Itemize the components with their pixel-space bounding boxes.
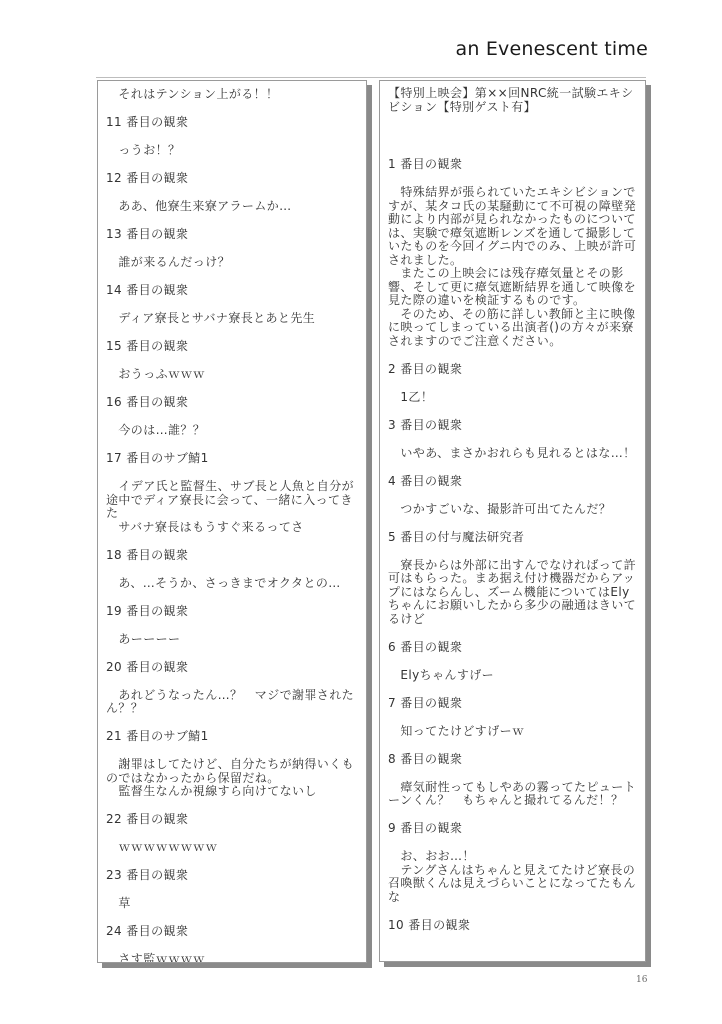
post-body: 今のは…誰？？ [106, 424, 360, 438]
thread-panel-left: それはテンション上がる！！11 番目の観衆 っうお！？12 番目の観衆 ああ、他… [97, 80, 367, 963]
post-body: おうっふｗｗｗ [106, 368, 360, 382]
post-body: つかすごいな、撮影許可出てたんだ？ [388, 503, 639, 517]
post-body: 特殊結界が張られていたエキシビションですが、某タコ氏の某騒動にて不可視の障壁発動… [388, 186, 639, 348]
post-body: さす監ｗｗｗｗ [106, 953, 360, 963]
thread-panel-right: 【特別上映会】第××回NRC統一試験エキシビション【特別ゲスト有】 1 番目の観… [379, 80, 646, 962]
post-body: ディア寮長とサバナ寮長とあと先生 [106, 312, 360, 326]
post-header: 12 番目の観衆 [106, 172, 360, 186]
left-entries-list: それはテンション上がる！！11 番目の観衆 っうお！？12 番目の観衆 ああ、他… [106, 88, 360, 963]
post-body: あ、…そうか、さっきまでオクタとの… [106, 577, 360, 591]
post-header: 4 番目の観衆 [388, 475, 639, 489]
post-body: 寮長からは外部に出すんでなければって許可はもらった。まあ据え付け機器だからアップ… [388, 559, 639, 627]
post-body: それはテンション上がる！！ [106, 88, 360, 102]
post-body: お、おお…！ テングさんはちゃんと見えてたけど寮長の召喚獣くんは見えづらいことに… [388, 850, 639, 904]
post-body: あれどうなったん…？ マジで謝罪されたん？？ [106, 689, 360, 716]
post-header: 21 番目のサブ鯖1 [106, 730, 360, 744]
post-body: 誰が来るんだっけ？ [106, 256, 360, 270]
post-header: 8 番目の観衆 [388, 753, 639, 767]
post-body: いやあ、まさかおれらも見れるとはな…！ [388, 447, 639, 461]
book-title: an Evenescent time [456, 38, 649, 60]
post-body: 謝罪はしてたけど、自分たちが納得いくものではなかったから保留だね。 監督生なんか… [106, 758, 360, 799]
post-header: 10 番目の観衆 [388, 919, 639, 933]
post-body: 瘴気耐性ってもしやあの霧ってたピュートーンくん？ もちゃんと撮れてるんだ！？ [388, 781, 639, 808]
post-header: 1 番目の観衆 [388, 158, 639, 172]
post-body: イデア氏と監督生、サブ長と人魚と自分が途中でディア寮長に会って、一緒に入ってきた… [106, 480, 360, 534]
post-header: 17 番目のサブ鯖1 [106, 452, 360, 466]
post-header: 16 番目の観衆 [106, 396, 360, 410]
post-header: 11 番目の観衆 [106, 116, 360, 130]
thread-title: 【特別上映会】第××回NRC統一試験エキシビション【特別ゲスト有】 [388, 87, 639, 114]
post-body: っうお！？ [106, 144, 360, 158]
post-header: 3 番目の観衆 [388, 419, 639, 433]
post-body: 1乙！ [388, 391, 639, 405]
post-body: ああ、他寮生来寮アラームか… [106, 200, 360, 214]
post-header: 22 番目の観衆 [106, 813, 360, 827]
post-header: 14 番目の観衆 [106, 284, 360, 298]
post-header: 23 番目の観衆 [106, 869, 360, 883]
post-header: 2 番目の観衆 [388, 363, 639, 377]
post-header: 18 番目の観衆 [106, 549, 360, 563]
post-header: 9 番目の観衆 [388, 822, 639, 836]
post-body: ｗｗｗｗｗｗｗｗ [106, 841, 360, 855]
post-body: あーーーー [106, 633, 360, 647]
right-entries-list: 1 番目の観衆 特殊結界が張られていたエキシビションですが、某タコ氏の某騒動にて… [388, 158, 639, 932]
post-header: 7 番目の観衆 [388, 697, 639, 711]
page-number: 16 [636, 975, 647, 985]
post-body: 知ってたけどすげーｗ [388, 725, 639, 739]
post-header: 15 番目の観衆 [106, 340, 360, 354]
post-header: 19 番目の観衆 [106, 605, 360, 619]
post-header: 5 番目の付与魔法研究者 [388, 531, 639, 545]
header-divider [96, 77, 646, 78]
post-body: 草 [106, 897, 360, 911]
post-body: Elyちゃんすげー [388, 669, 639, 683]
post-header: 20 番目の観衆 [106, 661, 360, 675]
post-header: 24 番目の観衆 [106, 925, 360, 939]
post-header: 13 番目の観衆 [106, 228, 360, 242]
post-header: 6 番目の観衆 [388, 641, 639, 655]
